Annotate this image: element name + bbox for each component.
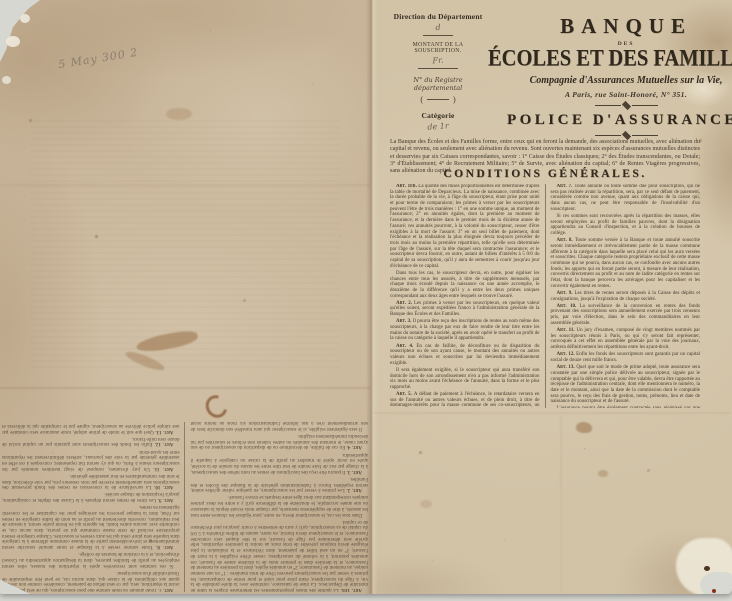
article-paragraph: Art. 7. Toute annuité ou toute somme due… <box>2 569 180 592</box>
article-number-label: Art. 1er. <box>396 184 418 189</box>
ornament-bar <box>632 105 658 106</box>
article-number-label: Art. 4. <box>345 445 362 450</box>
article-paragraph: Art. 11. Un jury d'examen, composé de vi… <box>2 448 180 471</box>
ornament-divider <box>488 103 732 108</box>
article-number-label: Art. 11. <box>557 328 577 333</box>
registre-departemental-label: N° du Registre départemental <box>390 76 486 92</box>
fold-crease <box>374 412 730 414</box>
montant-handwritten-value: Fr. <box>390 53 486 69</box>
article-number-label: Art. 9. <box>156 497 174 502</box>
stain <box>576 422 592 433</box>
article-paragraph: Art. 8. Toute somme versée à la Banque e… <box>2 504 180 550</box>
ornament-bar <box>595 135 621 136</box>
article-paragraph: Art. 12. Enfin les fonds des souscripteu… <box>551 352 701 363</box>
article-number-label: Art. 2. <box>396 301 414 306</box>
article-paragraph: Art. 10. La surveillance de la conversio… <box>2 472 180 489</box>
stain <box>166 108 192 120</box>
rotated-column-left: Art. 1er. La quotité des mises proportio… <box>186 422 369 592</box>
police-title: POLICE D'ASSURANCE. <box>488 112 732 129</box>
ornament-bar <box>632 135 658 136</box>
direction-handwritten-value: d <box>390 20 486 36</box>
bank-title-line1: BANQUE <box>488 14 732 39</box>
article-number-label: Art. 10. <box>557 304 580 309</box>
article-number-label: Art. 12. <box>153 442 174 447</box>
stain <box>420 500 432 508</box>
conditions-column-left: Art. 1er. La quotité des mises proportio… <box>390 184 545 408</box>
unfolded-policy-sheet: 5 May 300 2 Art. 1er. La quotité des mis… <box>0 0 732 594</box>
article-paragraph: Art. 11. Un jury d'examen, composé de vi… <box>551 328 701 351</box>
article-paragraph: Art. 1er. La quotité des mises proportio… <box>191 518 369 592</box>
categorie-handwritten-value: de 1r <box>390 119 486 135</box>
article-paragraph: Art. 3. Il pourra être reçu des inscript… <box>191 451 369 474</box>
article-paragraph: Art. 12. Enfin les fonds des souscripteu… <box>2 435 180 446</box>
bank-title-line3: ÉCOLES ET DES FAMILLES, <box>488 47 732 73</box>
company-address: A Paris, rue Saint-Honoré, N° 351. <box>488 90 732 99</box>
ink-ring-stain <box>202 391 232 421</box>
article-paragraph: Art. 4. En cas de faillite, de déconfitu… <box>390 344 540 367</box>
article-number-label: Art. 13. <box>557 365 577 370</box>
ornament-diamond-icon <box>621 101 630 110</box>
article-number-label: Art. 11. <box>150 466 174 471</box>
article-paragraph: Art. 1er. La quotité des mises proportio… <box>390 184 540 269</box>
stain <box>598 470 608 477</box>
paper-damage-spot <box>6 36 20 47</box>
fold-crease <box>0 387 370 389</box>
montant-label: MONTANT DE LA SOUSCRIPTION. <box>390 42 486 54</box>
article-paragraph: Art. 5. A défaut de paiement à l'échéanc… <box>390 392 540 408</box>
rotated-column-right: Art. 7. Toute annuité ou toute somme due… <box>2 422 186 592</box>
article-paragraph: Art. 10. La surveillance de la conversio… <box>551 304 701 327</box>
article-paragraph: Si ces sommes sont recouvrées après la r… <box>551 214 701 237</box>
article-paragraph: Art. 9. Les titres de rentes seront dépo… <box>2 491 180 502</box>
printed-content: Direction du Département d MONTANT DE LA… <box>390 0 700 594</box>
rule <box>418 68 458 69</box>
article-paragraph: Si ces sommes sont recouvrées après la r… <box>2 551 180 568</box>
article-number-label: Art. 4. <box>396 344 416 349</box>
rotated-conditions-block: Art. 1er. La quotité des mises proportio… <box>2 422 368 592</box>
company-subtitle: Compagnie d'Assurances Mutuelles sur la … <box>488 75 732 86</box>
article-paragraph: Art. 7. Toute annuité ou toute somme due… <box>551 184 701 212</box>
article-paragraph: Dans tous les cas, le souscripteur devra… <box>390 271 540 299</box>
left-page-panel: 5 May 300 2 Art. 1er. La quotité des mis… <box>0 0 372 594</box>
ornament-divider <box>488 133 732 138</box>
article-number-label: Art. 8. <box>557 238 575 243</box>
article-number-label: Art. 1er. <box>339 587 362 592</box>
conditions-columns: Art. 1er. La quotité des mises proportio… <box>390 184 700 408</box>
conditions-heading: CONDITIONS GÉNÉRALES. <box>390 168 700 180</box>
article-number-label: Art. 3. <box>345 469 362 474</box>
damaged-patch-bottom-right <box>700 572 732 594</box>
pencil-annotation: 5 May 300 2 <box>57 46 139 71</box>
center-fold-shadow <box>366 0 378 594</box>
article-number-label: Art. 13. <box>154 429 174 434</box>
article-paragraph: Art. 2. Les primes à verser par les sous… <box>191 475 369 492</box>
paren-open: ( <box>420 95 423 104</box>
header-title-block: BANQUE DES ÉCOLES ET DES FAMILLES, Compa… <box>486 12 732 136</box>
paper-damage-spot <box>20 14 30 23</box>
document-header: Direction du Département d MONTANT DE LA… <box>390 12 700 136</box>
dark-speck <box>704 566 710 571</box>
header-left-column: Direction du Département d MONTANT DE LA… <box>390 12 486 136</box>
paper-damage-spot <box>2 76 11 84</box>
red-speck <box>712 589 716 593</box>
article-paragraph: Art. 9. Les titres de rentes seront dépo… <box>551 291 701 302</box>
article-paragraph: Art. 3. Il pourra être reçu des inscript… <box>390 319 540 342</box>
conditions-column-right: Art. 7. Toute annuité ou toute somme due… <box>545 184 701 408</box>
article-paragraph: L'assurance pourra être également contra… <box>551 406 701 408</box>
scanned-document-photo: 5 May 300 2 Art. 1er. La quotité des mis… <box>0 0 732 601</box>
article-number-label: Art. 7. <box>557 184 575 189</box>
article-paragraph: Art. 2. Les primes à verser par les sous… <box>390 301 540 318</box>
paren-close: ) <box>453 95 456 104</box>
fold-crease <box>0 184 370 186</box>
article-paragraph: Il sera également exigible, si le souscr… <box>191 422 369 431</box>
article-paragraph: Art. 13. Quel que soit le mode de prime … <box>551 365 701 405</box>
article-paragraph: Dans tous les cas, le souscripteur devra… <box>191 494 369 517</box>
article-paragraph: Art. 4. En cas de faillite, de déconfitu… <box>191 432 369 449</box>
rule <box>427 99 449 100</box>
article-number-label: Art. 12. <box>557 352 577 357</box>
ornament-bar <box>595 105 621 106</box>
article-number-label: Art. 3. <box>396 319 413 324</box>
article-paragraph: Art. 13. Quel que soit le mode de prime … <box>2 422 180 434</box>
registre-number-parens: ( ) <box>390 95 486 104</box>
article-paragraph: Art. 8. Toute somme versée à la Banque e… <box>551 238 701 289</box>
fold-crease <box>560 415 562 593</box>
article-number-label: Art. 9. <box>557 291 575 296</box>
rule <box>423 35 453 36</box>
article-number-label: Art. 2. <box>345 487 362 492</box>
article-number-label: Art. 5. <box>396 392 414 397</box>
article-number-label: Art. 7. <box>157 587 174 592</box>
article-paragraph: Il sera également exigible, si le souscr… <box>390 368 540 391</box>
article-number-label: Art. 10. <box>151 484 173 489</box>
article-number-label: Art. 8. <box>153 544 174 549</box>
